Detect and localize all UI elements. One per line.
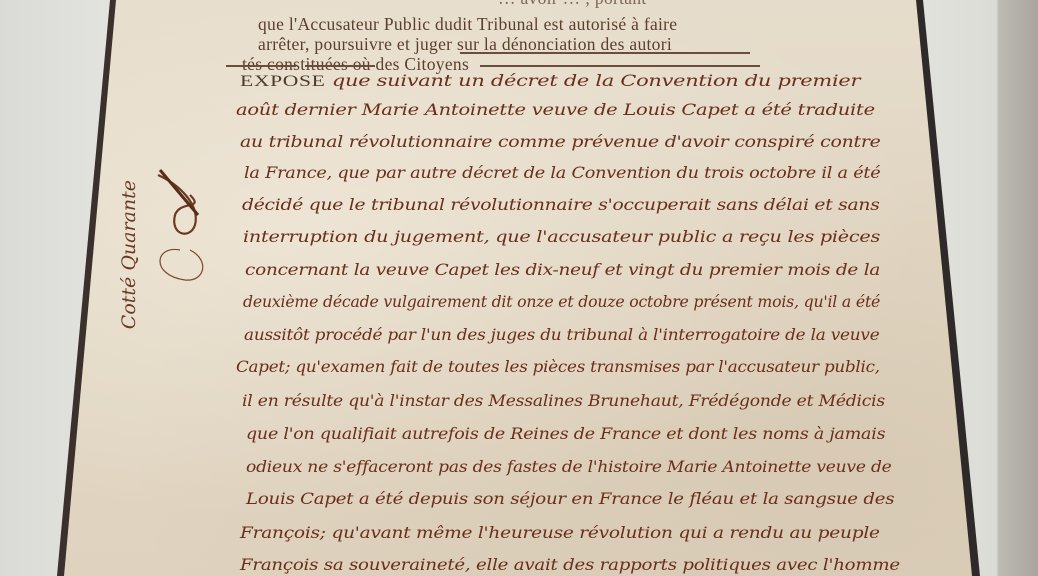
handwritten-line: Louis Capet a été depuis son séjour en F… — [246, 490, 894, 508]
expose-label: EXPOSE — [240, 73, 326, 90]
handwritten-line: aussitôt procédé par l'un des juges du t… — [244, 326, 879, 344]
handwritten-line: au tribunal révolutionnaire comme préven… — [240, 133, 881, 151]
handwritten-line: concernant la veuve Capet les dix-neuf e… — [245, 261, 880, 279]
handwritten-line: que l'on qualifiait autrefois de Reines … — [246, 425, 885, 443]
handwritten-line: la France, que par autre décret de la Co… — [244, 164, 880, 182]
handwritten-line: François; qu'avant même l'heureuse révol… — [240, 524, 880, 542]
handwritten-body: EXPOSE que suivant un décret de la Conve… — [0, 0, 1038, 576]
handwritten-line: EXPOSE que suivant un décret de la Conve… — [240, 72, 860, 91]
handwritten-line: François sa souveraineté, elle avait des… — [240, 556, 900, 574]
handwritten-line: deuxième décade vulgairement dit onze et… — [243, 293, 880, 311]
handwritten-line: interruption du jugement, que l'accusate… — [243, 228, 880, 246]
handwritten-line: odieux ne s'effaceront pas des fastes de… — [246, 458, 892, 476]
handwritten-line: il en résulte qu'à l'instar des Messalin… — [242, 392, 885, 410]
handwritten-line: Capet; qu'examen fait de toutes les pièc… — [236, 358, 880, 376]
handwritten-line: décidé que le tribunal révolutionnaire s… — [242, 196, 880, 214]
handwritten-line: août dernier Marie Antoinette veuve de L… — [236, 101, 875, 119]
